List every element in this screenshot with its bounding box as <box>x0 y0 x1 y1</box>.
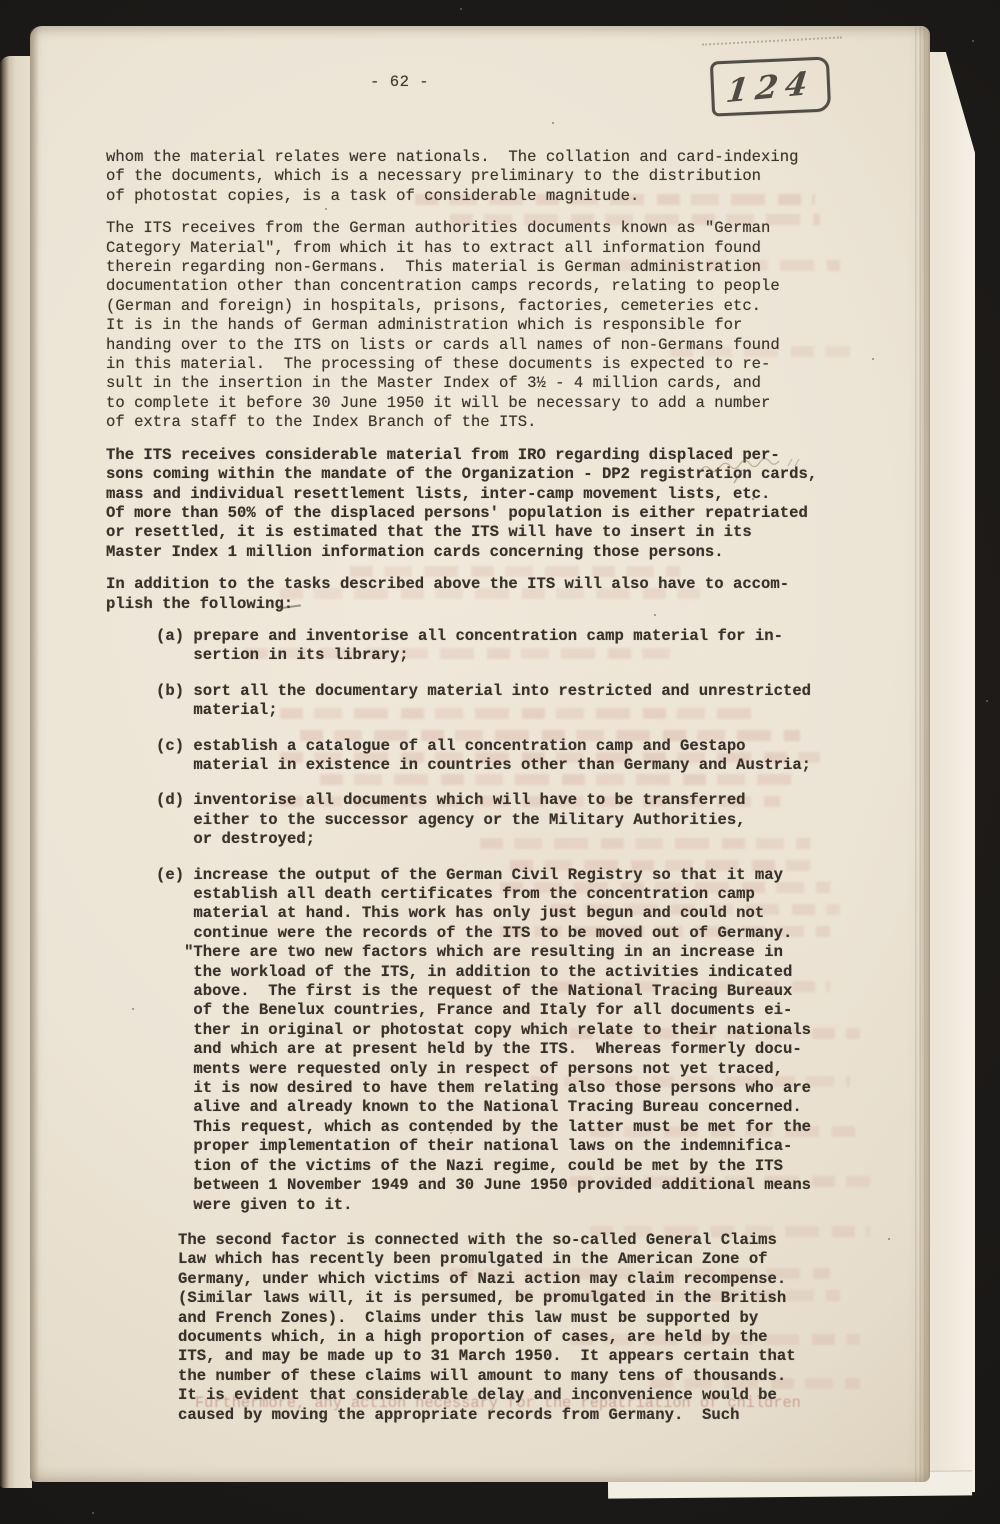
list-item-a: (a) prepare and inventorise all concentr… <box>156 627 896 666</box>
list-item-e: (e) increase the output of the German Ci… <box>156 866 896 1215</box>
dust-speck <box>325 208 327 210</box>
dust-speck <box>182 548 184 550</box>
paragraph-1: whom the material relates were nationals… <box>106 148 896 206</box>
paragraph-4: In addition to the tasks described above… <box>106 575 896 614</box>
paragraph-2: The ITS receives from the German authori… <box>106 219 896 432</box>
handwritten-insertion <box>696 454 806 489</box>
dust-speck <box>888 1238 890 1240</box>
stamp-smudge-marks <box>702 36 842 45</box>
dust-speck <box>132 1008 134 1010</box>
dust-speck <box>654 614 656 616</box>
list-item-d: (d) inventorise all documents which will… <box>156 791 896 849</box>
list-item-c: (c) establish a catalogue of all concent… <box>156 737 896 776</box>
dust-speck <box>986 700 988 702</box>
typed-text-column: whom the material relates were nationals… <box>106 148 896 1438</box>
dust-speck <box>872 358 874 360</box>
dust-speck <box>552 122 554 124</box>
list-item-b: (b) sort all the documentary material in… <box>156 682 896 721</box>
page-number: - 62 - <box>370 73 429 91</box>
dust-speck <box>972 40 974 42</box>
document-page: Furthermore, any action necessary for th… <box>30 26 930 1482</box>
dust-speck <box>752 498 754 500</box>
underlying-page-right-edge <box>928 52 975 1492</box>
dust-speck <box>450 1132 452 1134</box>
dust-speck <box>460 8 462 10</box>
dust-speck <box>92 1512 94 1514</box>
photographed-document: Furthermore, any action necessary for th… <box>0 0 1000 1524</box>
archive-stamp-number: 124 <box>711 56 830 116</box>
paragraph-final: The second factor is connected with the … <box>178 1231 896 1425</box>
archive-stamp-box: 124 <box>710 56 831 116</box>
adjacent-page-edge <box>0 56 32 1488</box>
